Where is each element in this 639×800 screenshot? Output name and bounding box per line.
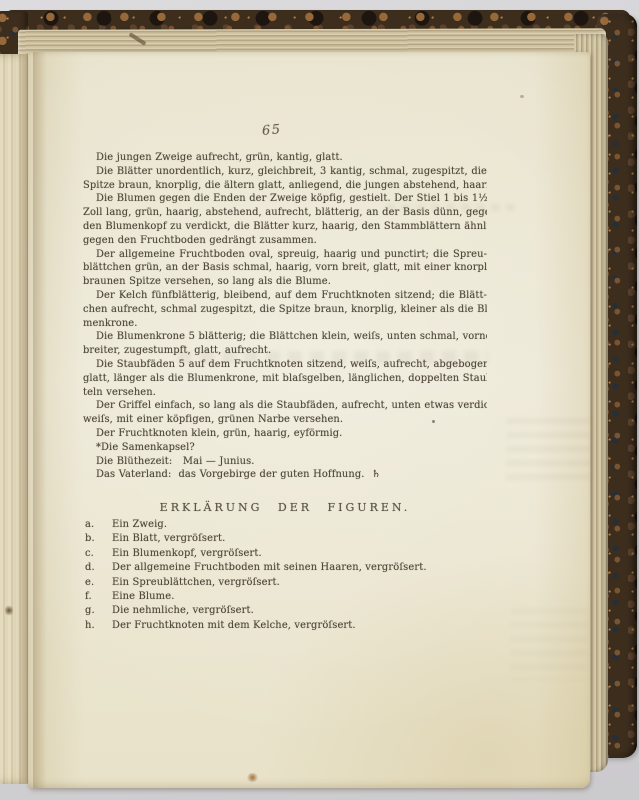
text-line: den Blumenkopf zu verdickt, die Blätter …: [83, 220, 487, 234]
figure-text: Ein Spreublättchen, vergröſsert.: [112, 577, 280, 588]
show-through-text: [506, 418, 592, 482]
body-text: Die jungen Zweige aufrecht, grün, kantig…: [83, 151, 487, 482]
paragraph: Die Blüthezeit: Mai — Junius.: [83, 455, 487, 469]
paragraph: Die Blätter unordentlich, kurz, gleichbr…: [83, 165, 487, 193]
figure-text: Ein Blatt, vergröſsert.: [112, 533, 225, 544]
text-line: Die jungen Zweige aufrecht, grün, kantig…: [83, 151, 487, 165]
figure-list: a.Ein Zweig.b.Ein Blatt, vergröſsert.c.E…: [85, 519, 505, 634]
figure-label: h.: [85, 620, 112, 631]
show-through-text: [510, 608, 588, 680]
text-line: Das Vaterland: das Vorgebirge der guten …: [83, 468, 487, 482]
paragraph: Die Blumen gegen die Enden der Zweige kö…: [83, 192, 487, 247]
figure-text: Die nehmliche, vergröſsert.: [112, 605, 254, 616]
text-line: Die Blumenkrone 5 blätterig; die Blättch…: [83, 330, 487, 344]
text-line: breiter, zugestumpft, glatt, aufrecht.: [83, 344, 487, 358]
figure-item: g.Die nehmliche, vergröſsert.: [85, 605, 505, 619]
paragraph: Der Kelch fünfblätterig, bleibend, auf d…: [83, 289, 487, 330]
text-line: Die Staubfäden 5 auf dem Fruchtknoten si…: [83, 358, 487, 372]
figures-heading: ERKLÄRUNG DER FIGUREN.: [83, 501, 487, 514]
text-line: Der Kelch fünfblätterig, bleibend, auf d…: [83, 289, 487, 303]
text-line: chen aufrecht, schmal zugespitzt, die Sp…: [83, 303, 487, 317]
paragraph: Der Griffel einfach, so lang als die Sta…: [83, 399, 487, 427]
paragraph: *Die Samenkapsel?: [83, 441, 487, 455]
text-line: Der Fruchtknoten klein, grün, haarig, ey…: [83, 427, 487, 441]
figure-label: f.: [85, 591, 112, 602]
figure-item: c.Ein Blumenkopf, vergröſsert.: [85, 548, 505, 562]
figure-label: a.: [85, 519, 112, 530]
figure-item: e.Ein Spreublättchen, vergröſsert.: [85, 577, 505, 591]
paragraph: Die Blumenkrone 5 blätterig; die Blättch…: [83, 330, 487, 358]
text-line: braunen Spitze versehen, so lang als die…: [83, 275, 487, 289]
text-line: teln versehen.: [83, 386, 487, 400]
paragraph: Die jungen Zweige aufrecht, grün, kantig…: [83, 151, 487, 165]
figure-item: a.Ein Zweig.: [85, 519, 505, 533]
text-line: *Die Samenkapsel?: [83, 441, 487, 455]
text-line: Der Griffel einfach, so lang als die Sta…: [83, 399, 487, 413]
page-edges-gutter: [0, 54, 30, 784]
text-line: glatt, länger als die Blumenkrone, mit b…: [83, 372, 487, 386]
text-line: Die Blätter unordentlich, kurz, gleichbr…: [83, 165, 487, 179]
paragraph: Die Staubfäden 5 auf dem Fruchtknoten si…: [83, 358, 487, 399]
paragraph: Das Vaterland: das Vorgebirge der guten …: [83, 468, 487, 482]
figure-text: Ein Blumenkopf, vergröſsert.: [112, 548, 262, 559]
figure-item: b.Ein Blatt, vergröſsert.: [85, 533, 505, 547]
text-line: Der allgemeine Fruchtboden oval, spreuig…: [83, 248, 487, 262]
paragraph: Der allgemeine Fruchtboden oval, spreuig…: [83, 248, 487, 289]
text-line: weiſs, mit einer köpfigen, grünen Narbe …: [83, 413, 487, 427]
figure-item: f.Eine Blume.: [85, 591, 505, 605]
figure-label: d.: [85, 562, 112, 573]
figure-item: d.Der allgemeine Fruchtboden mit seinen …: [85, 562, 505, 576]
figure-label: b.: [85, 533, 112, 544]
figure-label: g.: [85, 605, 112, 616]
book-photo: 65 Die jungen Zweige aufrecht, grün, kan…: [0, 0, 639, 800]
text-line: menkrone.: [83, 317, 487, 331]
figure-text: Ein Zweig.: [112, 519, 167, 530]
paragraph: Der Fruchtknoten klein, grün, haarig, ey…: [83, 427, 487, 441]
figure-label: e.: [85, 577, 112, 588]
text-line: Die Blüthezeit: Mai — Junius.: [83, 455, 487, 469]
page-number: 65: [261, 122, 282, 139]
text-line: Zoll lang, grün, haarig, abstehend, aufr…: [83, 206, 487, 220]
figure-text: Eine Blume.: [112, 591, 174, 602]
figure-item: h.Der Fruchtknoten mit dem Kelche, vergr…: [85, 620, 505, 634]
figure-label: c.: [85, 548, 112, 559]
text-line: Spitze braun, knorplig, die ältern glatt…: [83, 179, 487, 193]
text-line: gegen den Fruchtboden gedrängt zusammen.: [83, 234, 487, 248]
text-line: blättchen grün, an der Basis schmal, haa…: [83, 261, 487, 275]
text-line: Die Blumen gegen die Enden der Zweige kö…: [83, 192, 487, 206]
figure-text: Der allgemeine Fruchtboden mit seinen Ha…: [112, 562, 427, 573]
figure-text: Der Fruchtknoten mit dem Kelche, vergröſ…: [112, 620, 356, 631]
